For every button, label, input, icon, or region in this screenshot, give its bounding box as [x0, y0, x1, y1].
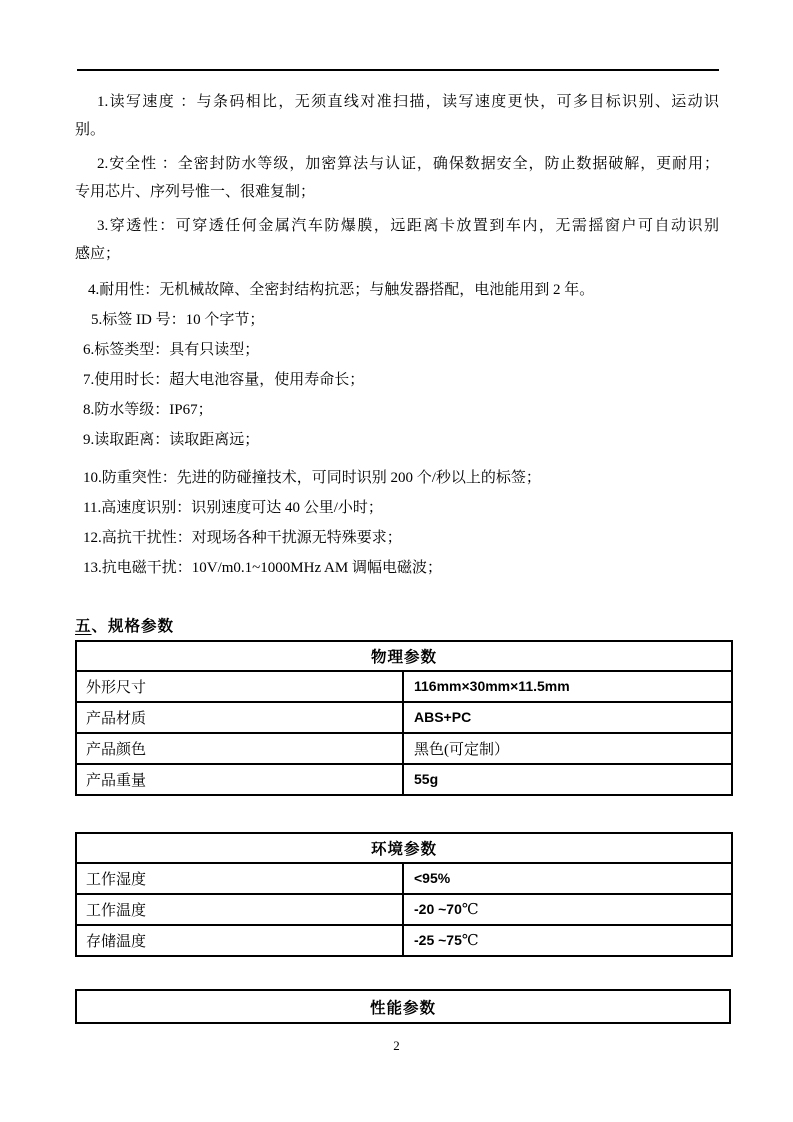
row-value: 116mm×30mm×11.5mm — [414, 678, 570, 694]
table-row: 产品材质 ABS+PC — [76, 702, 732, 733]
feature-item-12: 12.高抗干扰性：对现场各种干扰源无特殊要求； — [75, 524, 719, 552]
table-row: 产品颜色 黑色(可定制） — [76, 733, 732, 764]
row-label: 外形尺寸 — [76, 671, 403, 702]
feature-item-7: 7.使用时长：超大电池容量，使用寿命长； — [75, 366, 719, 394]
table-row: 产品重量 55g — [76, 764, 732, 795]
feature-item-6: 6.标签类型：具有只读型； — [75, 336, 719, 364]
feature-item-1: 1.读写速度 ：与条码相比，无须直线对准扫描，读写速度更快，可多目标识别、运动识… — [75, 88, 719, 144]
feature-item-11-line-1: 11.高速度识别：识别速度可达 40 公里/小时； — [75, 494, 719, 522]
table-row: 外形尺寸 116mm×30mm×11.5mm — [76, 671, 732, 702]
row-label: 产品重量 — [76, 764, 403, 795]
row-label: 产品颜色 — [76, 733, 403, 764]
feature-item-5-line-1: 5.标签 ID 号：10 个字节； — [75, 306, 719, 334]
document-page: 1.读写速度 ：与条码相比，无须直线对准扫描，读写速度更快，可多目标识别、运动识… — [0, 0, 793, 1122]
feature-item-13-line-1: 13.抗电磁干扰：10V/m0.1~1000MHz AM 调幅电磁波； — [75, 554, 719, 582]
row-value: -20 ~70 — [414, 901, 462, 917]
table-row: 工作湿度 <95% — [76, 863, 732, 894]
row-label: 工作温度 — [76, 894, 403, 925]
feature-item-8-line-1: 8.防水等级：IP67； — [75, 396, 719, 424]
spec-table-physical: 物理参数 外形尺寸 116mm×30mm×11.5mm 产品材质 ABS+PC … — [75, 640, 733, 796]
feature-list: 1.读写速度 ：与条码相比，无须直线对准扫描，读写速度更快，可多目标识别、运动识… — [75, 88, 719, 584]
row-value: <95% — [414, 870, 450, 886]
section-heading-specs: 五、规格参数 — [75, 614, 174, 636]
table-header-row: 性能参数 — [76, 990, 730, 1023]
table-row: 工作温度 -20 ~70℃ — [76, 894, 732, 925]
row-label: 产品材质 — [76, 702, 403, 733]
feature-item-2: 2.安全性 ：全密封防水等级，加密算法与认证，确保数据安全，防止数据破解，更耐用… — [75, 150, 719, 206]
row-value-suffix: ℃ — [462, 933, 479, 949]
feature-item-4-line-1: 4.耐用性：无机械故障、全密封结构抗恶；与触发器搭配，电池能用到 2 年。 — [75, 276, 719, 304]
feature-item-6-line-1: 6.标签类型：具有只读型； — [75, 336, 719, 364]
feature-item-9: 9.读取距离：读取距离远； — [75, 426, 719, 454]
feature-item-10: 10.防重突性：先进的防碰撞技术，可同时识别 200 个/秒以上的标签； — [75, 464, 719, 492]
table-row: 存储温度 -25 ~75℃ — [76, 925, 732, 956]
feature-item-10-line-1: 10.防重突性：先进的防碰撞技术，可同时识别 200 个/秒以上的标签； — [75, 464, 719, 492]
feature-item-11: 11.高速度识别：识别速度可达 40 公里/小时； — [75, 494, 719, 522]
feature-item-3-line-2: 感应； — [75, 246, 120, 262]
feature-item-4: 4.耐用性：无机械故障、全密封结构抗恶；与触发器搭配，电池能用到 2 年。 — [75, 276, 719, 304]
feature-item-12-line-1: 12.高抗干扰性：对现场各种干扰源无特殊要求； — [75, 524, 719, 552]
table-title-physical: 物理参数 — [76, 641, 732, 671]
feature-item-8: 8.防水等级：IP67； — [75, 396, 719, 424]
feature-item-9-line-1: 9.读取距离：读取距离远； — [75, 426, 719, 454]
feature-item-1-line-1: 1.读写速度 ：与条码相比，无须直线对准扫描，读写速度更快，可多目标识别、运动识 — [75, 88, 719, 116]
feature-item-3: 3.穿透性：可穿透任何金属汽车防爆膜，远距离卡放置到车内，无需摇窗户可自动识别 … — [75, 212, 719, 268]
feature-item-3-line-1: 3.穿透性：可穿透任何金属汽车防爆膜，远距离卡放置到车内，无需摇窗户可自动识别 — [75, 212, 719, 240]
row-value-suffix: ℃ — [462, 902, 479, 918]
spec-table-performance: 性能参数 — [75, 989, 731, 1024]
feature-item-2-line-2: 专用芯片、序列号惟一、很难复制； — [75, 184, 315, 200]
section-heading-numeral: 五 — [75, 618, 92, 635]
row-label: 存储温度 — [76, 925, 403, 956]
table-title-performance: 性能参数 — [76, 990, 730, 1023]
row-value: ABS+PC — [414, 709, 471, 725]
table-header-row: 环境参数 — [76, 833, 732, 863]
page-number: 2 — [0, 1038, 793, 1054]
row-value: 黑色(可定制） — [414, 742, 509, 758]
header-rule — [77, 69, 719, 71]
feature-item-13: 13.抗电磁干扰：10V/m0.1~1000MHz AM 调幅电磁波； — [75, 554, 719, 582]
feature-item-7-line-1: 7.使用时长：超大电池容量，使用寿命长； — [75, 366, 719, 394]
feature-item-2-line-1: 2.安全性 ：全密封防水等级，加密算法与认证，确保数据安全，防止数据破解，更耐用… — [75, 150, 719, 178]
feature-item-5: 5.标签 ID 号：10 个字节； — [75, 306, 719, 334]
row-value: 55g — [414, 771, 438, 787]
section-heading-text: 、规格参数 — [92, 618, 175, 635]
row-label: 工作湿度 — [76, 863, 403, 894]
row-value: -25 ~75 — [414, 932, 462, 948]
feature-item-1-line-2: 别。 — [75, 122, 105, 138]
table-header-row: 物理参数 — [76, 641, 732, 671]
table-title-environment: 环境参数 — [76, 833, 732, 863]
spec-table-environment: 环境参数 工作湿度 <95% 工作温度 -20 ~70℃ 存储温度 -25 ~7… — [75, 832, 733, 957]
